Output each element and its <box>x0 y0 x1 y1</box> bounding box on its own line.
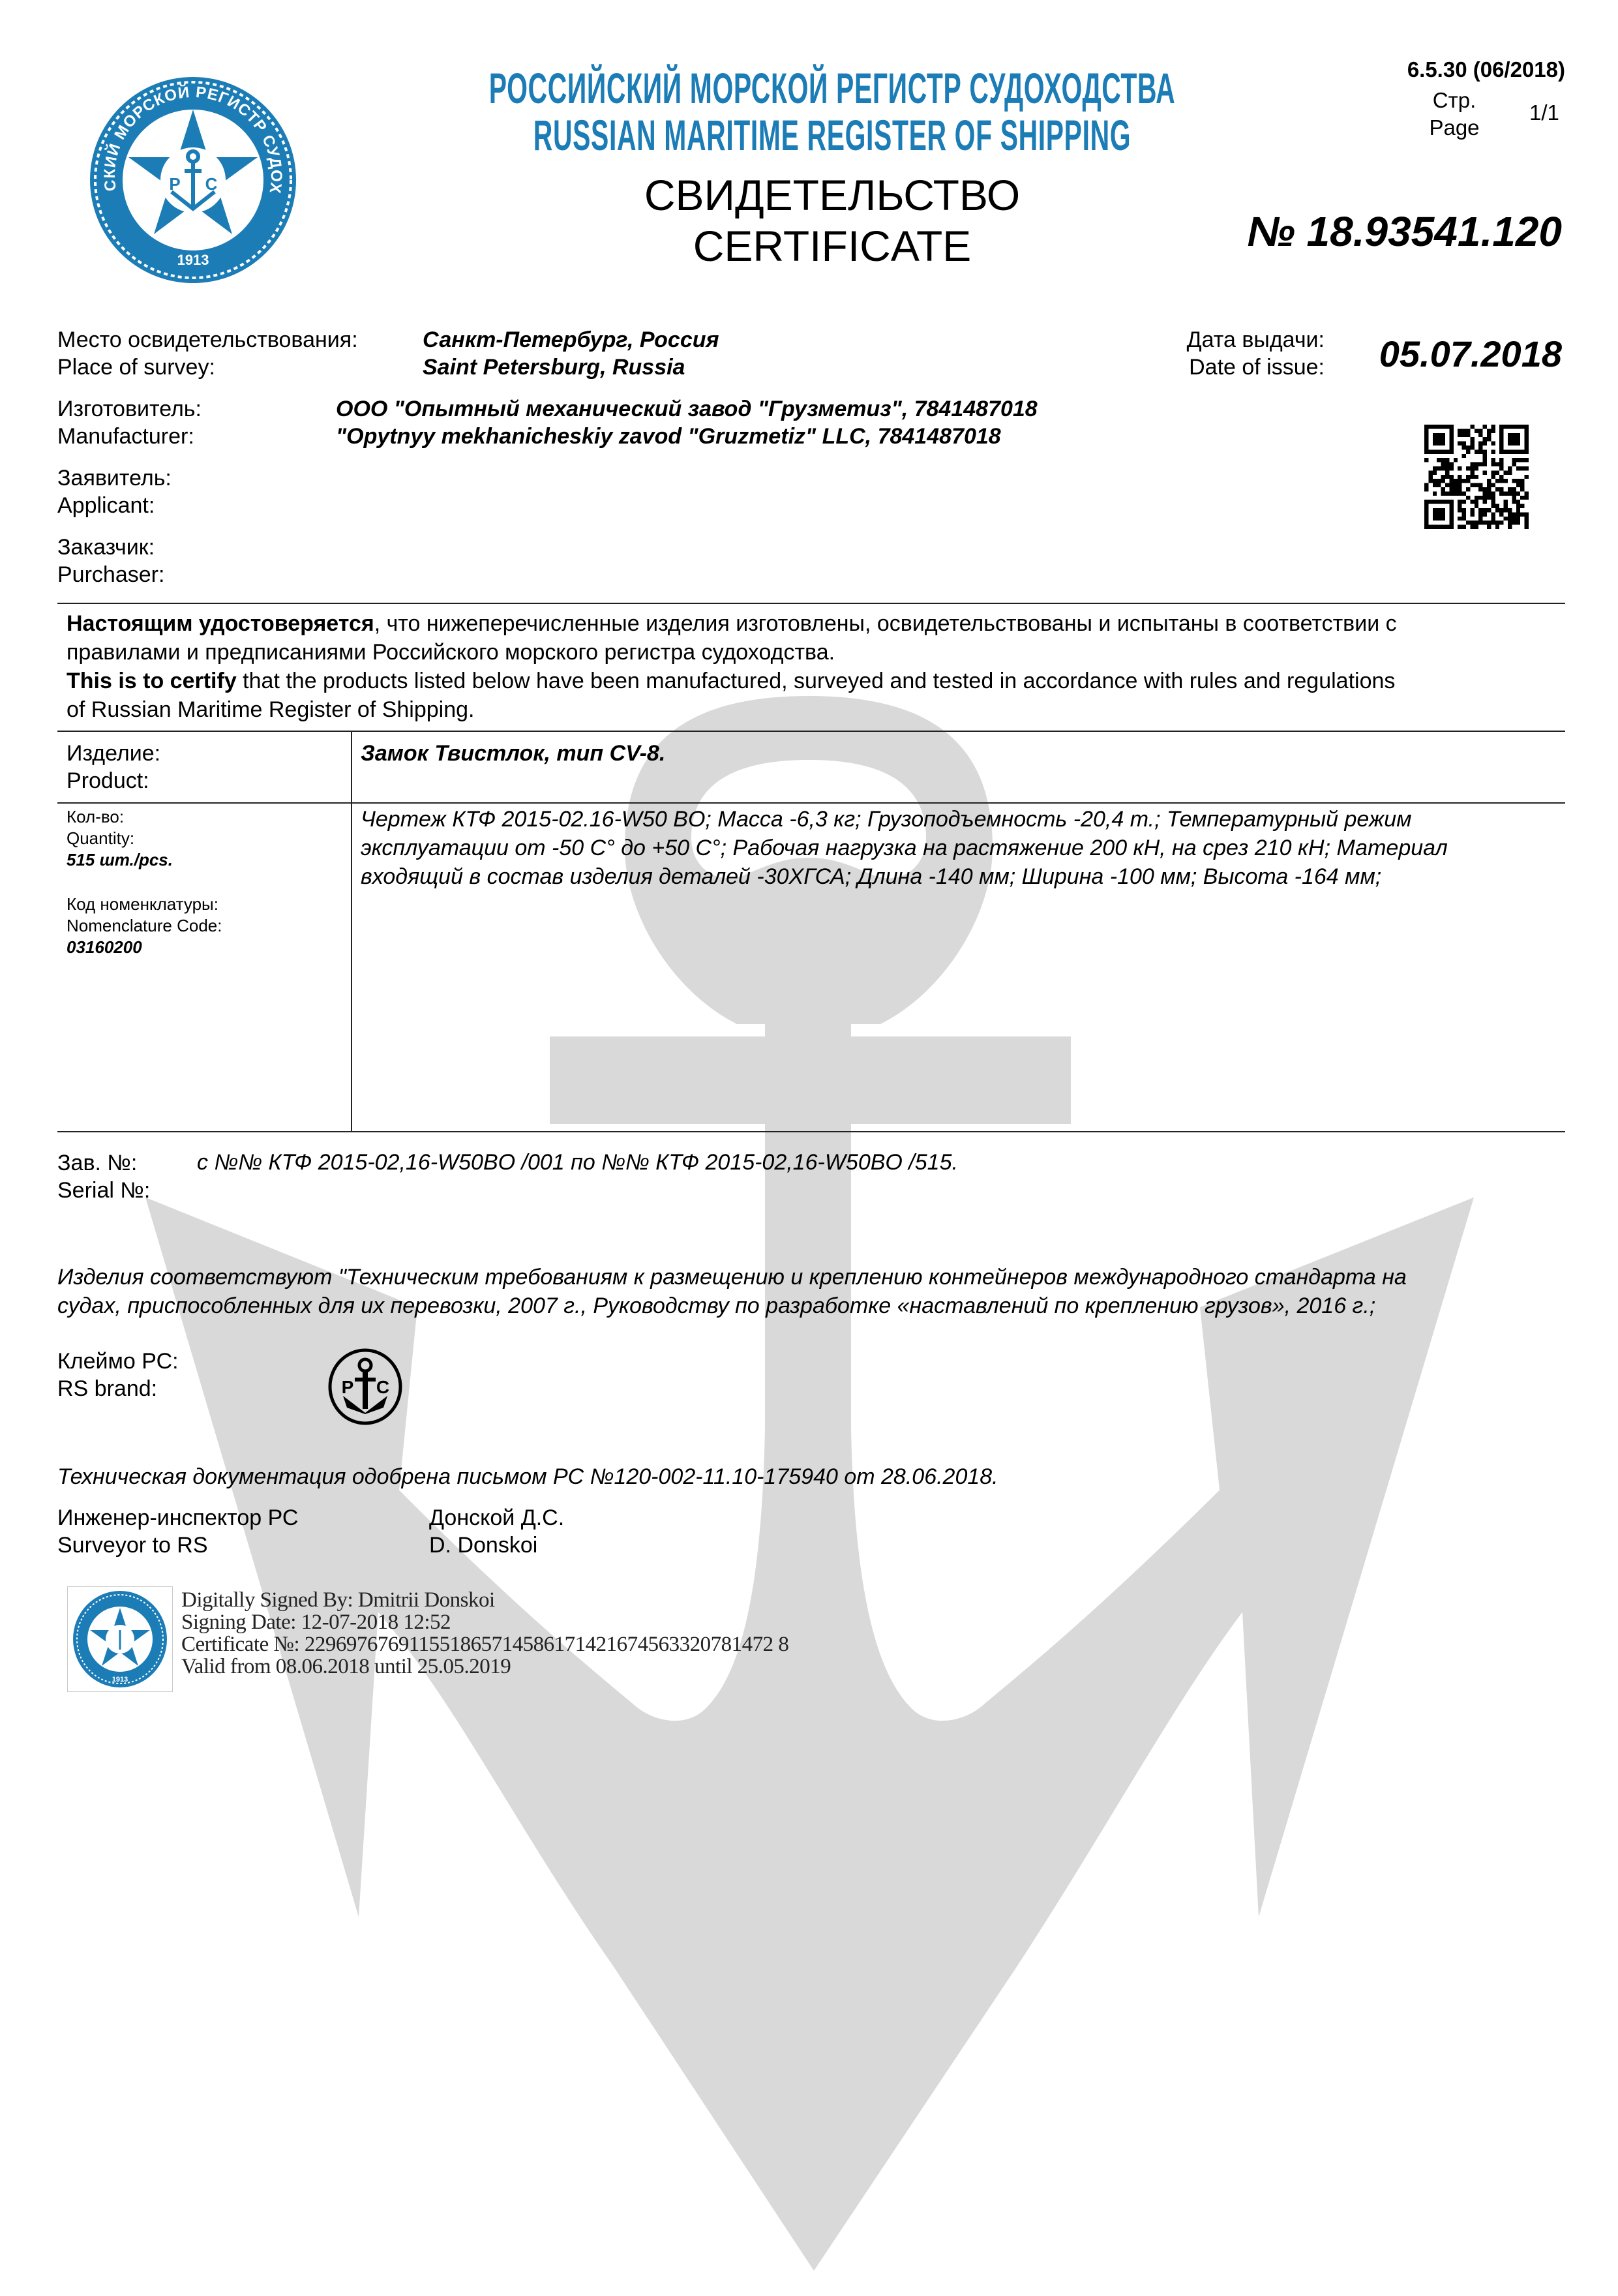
page-label-en: Page <box>1425 115 1484 141</box>
org-name-en: RUSSIAN MARITIME REGISTER OF SHIPPING <box>468 112 1196 158</box>
product-label-en: Product: <box>67 767 149 794</box>
certificate-number: № 18.93541.120 <box>1247 207 1562 256</box>
manufacturer-value-en: "Opytnyy mekhanicheskiy zavod "Gruzmetiz… <box>336 423 1001 450</box>
serial-label-en: Serial №: <box>57 1177 150 1204</box>
place-of-survey-value-ru: Санкт-Петербург, Россия <box>423 326 719 354</box>
quantity-label-ru: Кол-во: <box>67 806 124 828</box>
applicant-label-en: Applicant: <box>57 492 155 519</box>
technical-documentation-note: Техническая документация одобрена письмо… <box>57 1462 998 1491</box>
product-description-line: Чертеж КТФ 2015-02.16-W50 BO; Масса -6,3… <box>361 805 1412 834</box>
place-of-survey-label-en: Place of survey: <box>57 354 215 381</box>
product-value: Замок Твистлок, тип CV-8. <box>361 740 665 767</box>
certification-rest-en: that the products listed below have been… <box>237 669 1396 693</box>
signature-validity: Valid from 08.06.2018 until 25.05.2019 <box>181 1655 511 1678</box>
table-top-border <box>57 731 1565 732</box>
svg-text:Р: Р <box>169 174 180 194</box>
org-name-ru: РОССИЙСКИЙ МОРСКОЙ РЕГИСТР СУДОХОДСТВА <box>468 65 1196 111</box>
document-title-en: CERTIFICATE <box>506 222 1158 270</box>
svg-text:С: С <box>205 174 218 194</box>
manufacturer-label-en: Manufacturer: <box>57 423 194 450</box>
quantity-value: 515 шт./pcs. <box>67 849 173 871</box>
signature-certificate-number: Certificate №: 2296976769115518657145861… <box>181 1633 788 1655</box>
nomenclature-label-en: Nomenclature Code: <box>67 915 222 937</box>
date-of-issue-label-en: Date of issue: <box>1189 354 1325 381</box>
purchaser-label-en: Purchaser: <box>57 561 164 588</box>
table-column-divider <box>351 731 352 1131</box>
rs-emblem-icon: РОССИЙСКИЙ МОРСКОЙ РЕГИСТР СУДОХОДСТВА 1… <box>87 76 299 284</box>
surveyor-label-ru: Инженер-инспектор РС <box>57 1504 298 1532</box>
manufacturer-value-ru: ООО "Опытный механический завод "Грузмет… <box>336 395 1038 423</box>
svg-text:1913: 1913 <box>112 1676 128 1684</box>
purchaser-label-ru: Заказчик: <box>57 534 155 561</box>
certification-text-ru-line1: Настоящим удостоверяется, что нижеперечи… <box>67 609 1397 638</box>
compliance-line1: Изделия соответствуют "Техническим требо… <box>57 1263 1407 1291</box>
rs-emblem-small-icon: 1913 <box>68 1587 172 1691</box>
product-description-line: входящий в состав изделия деталей -30ХГС… <box>361 862 1381 891</box>
date-of-issue-label-ru: Дата выдачи: <box>1187 326 1325 354</box>
table-row-border <box>57 802 1565 804</box>
quantity-label-en: Quantity: <box>67 828 134 849</box>
place-of-survey-value-en: Saint Petersburg, Russia <box>423 354 685 381</box>
svg-text:Р: Р <box>342 1377 354 1397</box>
compliance-line2: судах, приспособленных для их перевозки,… <box>57 1291 1375 1320</box>
certification-text-en-line1: This is to certify that the products lis… <box>67 667 1395 695</box>
surveyor-name-en: D. Donskoi <box>429 1532 537 1559</box>
rs-brand-label-ru: Клеймо РС: <box>57 1348 179 1375</box>
certification-text-ru-line2: правилами и предписаниями Российского мо… <box>67 638 835 667</box>
manufacturer-label-ru: Изготовитель: <box>57 395 202 423</box>
nomenclature-value: 03160200 <box>67 937 142 958</box>
divider <box>57 603 1565 604</box>
rs-brand-anchor-stamp-icon: Р С <box>326 1348 404 1426</box>
page-label-ru: Стр. <box>1425 87 1484 113</box>
form-number: 6.5.30 (06/2018) <box>1407 57 1565 82</box>
table-bottom-border <box>57 1131 1565 1132</box>
product-description-line: эксплуатации от -50 С° до +50 С°; Рабоча… <box>361 834 1448 862</box>
certification-lead-en: This is to certify <box>67 669 237 693</box>
place-of-survey-label-ru: Место освидетельствования: <box>57 326 358 354</box>
signing-date: Signing Date: 12-07-2018 12:52 <box>181 1611 451 1633</box>
qr-code-icon[interactable] <box>1424 424 1529 530</box>
nomenclature-label-ru: Код номенклатуры: <box>67 894 218 915</box>
applicant-label-ru: Заявитель: <box>57 464 172 492</box>
serial-label-ru: Зав. №: <box>57 1149 137 1177</box>
document-title-ru: СВИДЕТЕЛЬСТВО <box>506 171 1158 219</box>
signed-by: Digitally Signed By: Dmitrii Donskoi <box>181 1589 495 1611</box>
surveyor-label-en: Surveyor to RS <box>57 1532 208 1559</box>
svg-text:1913: 1913 <box>177 252 209 268</box>
svg-text:С: С <box>376 1377 389 1397</box>
certification-lead-ru: Настоящим удостоверяется <box>67 611 374 636</box>
certification-rest-ru: , что нижеперечисленные изделия изготовл… <box>374 611 1397 636</box>
digital-signature-seal: 1913 <box>67 1586 173 1692</box>
surveyor-name-ru: Донской Д.С. <box>429 1504 564 1532</box>
date-of-issue-value: 05.07.2018 <box>1379 333 1562 375</box>
certification-text-en-line2: of Russian Maritime Register of Shipping… <box>67 695 475 724</box>
product-label-ru: Изделие: <box>67 740 160 767</box>
page-number: 1/1 <box>1529 100 1559 125</box>
rs-brand-label-en: RS brand: <box>57 1375 157 1402</box>
serial-value: с №№ КТФ 2015-02,16-W50BO /001 по №№ КТФ… <box>197 1148 958 1177</box>
